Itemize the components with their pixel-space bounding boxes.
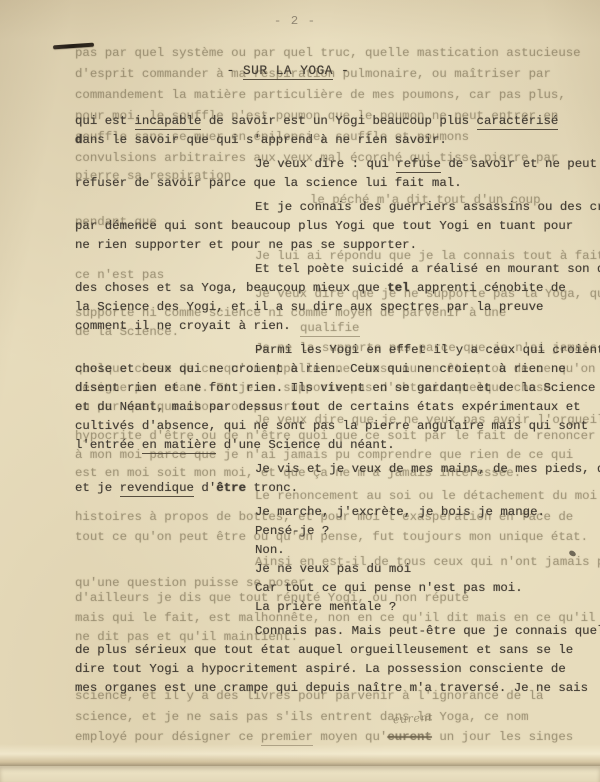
paragraph: Je vis et je veux de mes mains, de mes p… bbox=[75, 460, 595, 498]
paragraph: qui est incapable de savoir est un Yogi … bbox=[75, 112, 595, 150]
typed-line: Non. bbox=[75, 541, 595, 560]
typed-line: par démence qui sont beaucoup plus Yogi … bbox=[75, 217, 595, 236]
page-title: - SUR LA YOGA - bbox=[0, 63, 576, 78]
typed-line: mes organes est une crampe qui depuis na… bbox=[75, 679, 595, 698]
typed-line: qui est incapable de savoir est un Yogi … bbox=[75, 112, 595, 131]
typed-line: de plus sérieux que tout état auquel org… bbox=[75, 641, 595, 660]
typed-line: des choses et sa Yoga, beaucoup mieux qu… bbox=[75, 279, 595, 298]
typed-line: Connais pas. Mais peut-être que je conna… bbox=[75, 622, 595, 641]
paragraph: Et tel poète suicidé a réalisé en mouran… bbox=[75, 260, 595, 336]
typed-line: et je revendique d'être tronc. bbox=[75, 479, 595, 498]
typed-line: Car tout ce qui pense n'est pas moi. bbox=[75, 579, 595, 598]
page-number: - 2 - bbox=[0, 14, 590, 28]
typed-line: disent rien et ne font rien. Ils vivent … bbox=[75, 379, 595, 398]
handwritten-word: eurent bbox=[393, 711, 434, 727]
ghost-line: commandement la matière particulière de … bbox=[75, 88, 566, 103]
ghost-line: science, et je ne sais pas s'ils entrent… bbox=[75, 710, 529, 725]
typed-line: refuser de savoir parce que la science l… bbox=[75, 174, 595, 193]
paragraph: Parmi les Yogi en effet il y a ceux qui … bbox=[75, 341, 595, 455]
typed-line: ne rien supporter et pour ne pas se supp… bbox=[75, 236, 595, 255]
paragraph: Je veux dire : qui refuse de savoir et n… bbox=[75, 155, 595, 193]
typed-line: La prière mentale ? bbox=[75, 598, 595, 617]
typed-line: Et tel poète suicidé a réalisé en mouran… bbox=[75, 260, 595, 279]
typed-line: dire tout Yogi a hypocritement aspiré. L… bbox=[75, 660, 595, 679]
typed-line: Pensé-je ? bbox=[75, 522, 595, 541]
ghost-line: pas par quel système ou par quel truc, q… bbox=[75, 46, 581, 61]
paper-fold-shadow bbox=[0, 744, 600, 766]
document-page: pas par quel système ou par quel truc, q… bbox=[0, 0, 600, 782]
paragraph: Connais pas. Mais peut-être que je conna… bbox=[75, 622, 595, 698]
typed-line: Parmi les Yogi en effet il y a ceux qui … bbox=[75, 341, 595, 360]
ghost-line: employé pour désigner ce premier moyen q… bbox=[75, 730, 573, 745]
typed-line: chose et ceux qui ne croient à rien. Ceu… bbox=[75, 360, 595, 379]
typed-line: cultivés d'absence, qui ne sont pas la p… bbox=[75, 417, 595, 436]
typed-line: Je vis et je veux de mes mains, de mes p… bbox=[75, 460, 595, 479]
typed-line: et du Néant, mais par dessus tout de cer… bbox=[75, 398, 595, 417]
typed-line: comment il ne croyait à rien. bbox=[75, 317, 595, 336]
typed-line: la Science des Yogi, et il a su dire aux… bbox=[75, 298, 595, 317]
typed-line: Et je connais des guerriers assassins ou… bbox=[75, 198, 595, 217]
typed-line: Je marche, j'excrète, je bois je mange. bbox=[75, 503, 595, 522]
typed-line: Je ne veux pas du moi bbox=[75, 560, 595, 579]
paragraph: Je marche, j'excrète, je bois je mange.P… bbox=[75, 503, 595, 617]
typed-line: Je veux dire : qui refuse de savoir et n… bbox=[75, 155, 595, 174]
typed-line: dans le savoir que qui s'apprend à ne ri… bbox=[75, 131, 595, 150]
bottom-sheet-edge bbox=[0, 766, 600, 782]
typed-line: l'entrée en matière d'une Science du néa… bbox=[75, 436, 595, 455]
typed-text: qui est incapable de savoir est un Yogi … bbox=[75, 112, 595, 703]
paragraph: Et je connais des guerriers assassins ou… bbox=[75, 198, 595, 255]
